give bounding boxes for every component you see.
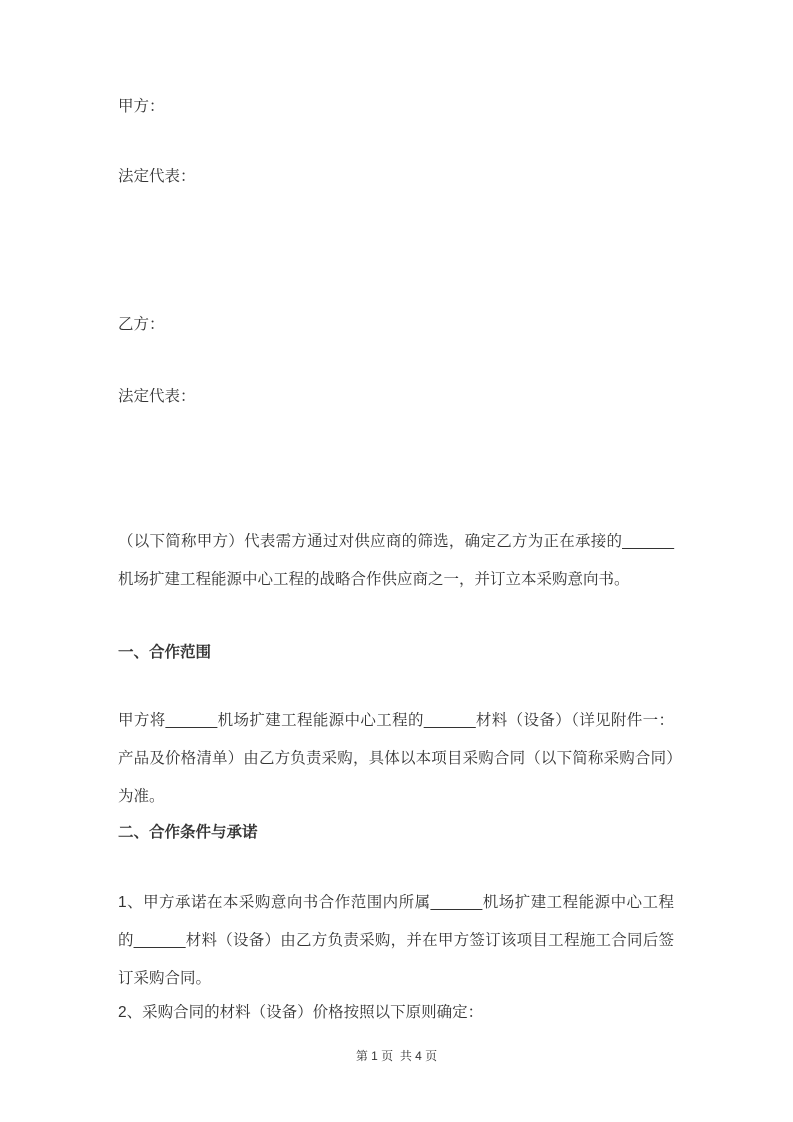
document-page: 甲方： 法定代表： 乙方： 法定代表： （以下简称甲方）代表需方通过对供应商的筛… xyxy=(0,0,793,1122)
party-a-label: 甲方： xyxy=(118,88,674,126)
party-b-label: 乙方： xyxy=(118,306,674,344)
section-1-heading: 一、合作范围 xyxy=(118,634,674,672)
party-a-legal-representative-label: 法定代表： xyxy=(118,158,674,196)
section-2-heading: 二、合作条件与承诺 xyxy=(118,814,674,852)
intro-paragraph: （以下简称甲方）代表需方通过对供应商的筛选，确定乙方为正在承接的______机场… xyxy=(118,523,674,599)
page-number-footer: 第 1 页 共 4 页 xyxy=(0,1048,793,1064)
section-2-item-2: 2、采购合同的材料（设备）价格按照以下原则确定： xyxy=(118,994,674,1032)
section-1-paragraph: 甲方将______机场扩建工程能源中心工程的______材料（设备）（详见附件一… xyxy=(118,702,674,816)
party-b-legal-representative-label: 法定代表： xyxy=(118,378,674,416)
section-2-item-1: 1、甲方承诺在本采购意向书合作范围内所属______机场扩建工程能源中心工程的_… xyxy=(118,884,674,998)
